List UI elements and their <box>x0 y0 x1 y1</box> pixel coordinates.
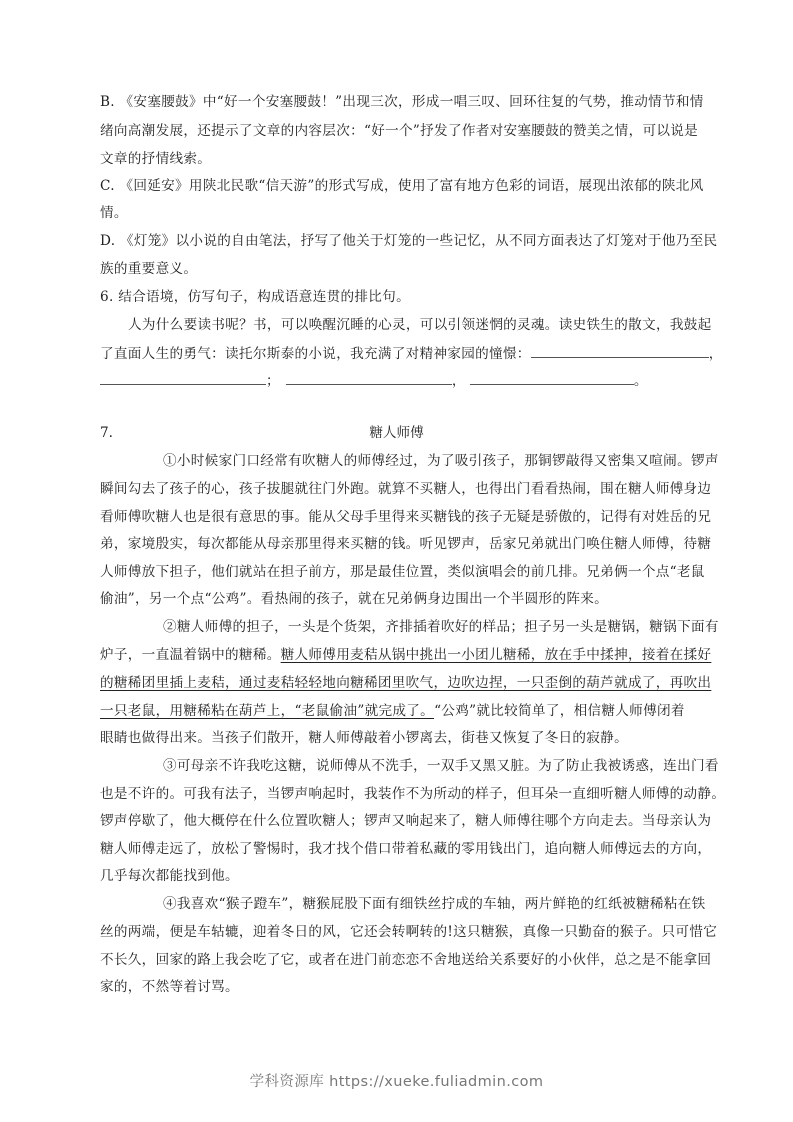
paragraph-2-plain-text: “公鸡”就比较简单了，相信糖人师傅闭着 <box>434 703 685 719</box>
paragraph-4-line-3: 不长久，回家的路上我会吃了它，或者在进门前恋恋不舍地送给关系要好的小伙伴，总之是… <box>100 950 704 970</box>
answer-blank-2[interactable] <box>100 370 266 385</box>
document-page: B. 《安塞腰鼓》中“好一个安塞腰鼓！”出现三次，形成一唱三叹、回环往复的气势，… <box>0 0 793 1122</box>
option-b-line-1: B. 《安塞腰鼓》中“好一个安塞腰鼓！”出现三次，形成一唱三叹、回环往复的气势，… <box>100 92 704 112</box>
paragraph-2-line-1: ②糖人师傅的担子，一头是个货架，齐排插着吹好的样品；担子另一头是糖锅，糖锅下面有 <box>163 617 704 637</box>
question-6-passage-line-2: 了直面人生的勇气：读托尔斯泰的小说，我充满了对精神家园的憧憬：， <box>100 343 704 364</box>
paragraph-1-line-3: 看师傅吹糖人也是很有意思的事。能从父母手里得来买糖钱的孩子无疑是骄傲的，记得有对… <box>100 507 704 527</box>
question-6-prompt: 6. 结合语境，仿写句子，构成语意连贯的排比句。 <box>100 287 704 307</box>
paragraph-2-plain-text: 炉子，一直温着锅中的糖稀。 <box>100 647 281 663</box>
period-separator: 。 <box>634 373 648 389</box>
comma-separator: ， <box>452 373 466 389</box>
paragraph-2-line-3: 的糖稀团里插上麦秸，通过麦秸轻轻地向糖稀团里吹气，边吹边捏，一只歪倒的葫芦就成了… <box>100 673 704 693</box>
paragraph-3-line-5: 几乎每次都能找到他。 <box>100 866 704 886</box>
answer-blank-3[interactable] <box>286 370 452 385</box>
paragraph-1-line-2: 瞬间勾去了孩子的心，孩子拔腿就往门外跑。就算不买糖人，也得出门看看热闹，围在糖人… <box>100 479 704 499</box>
paragraph-2-line-5: 眼睛也做得出来。当孩子们散开，糖人师傅敲着小锣离去，街巷又恢复了冬日的寂静。 <box>100 728 704 748</box>
option-d-line-2: 族的重要意义。 <box>100 259 704 279</box>
paragraph-1-line-4: 弟，家境殷实，每次都能从母亲那里得来买糖的钱。听见锣声，岳家兄弟就出门唤住糖人师… <box>100 534 704 554</box>
question-6-passage-text: 了直面人生的勇气：读托尔斯泰的小说，我充满了对精神家园的憧憬： <box>100 346 531 362</box>
paragraph-4-line-4: 家的，不然等着讨骂。 <box>100 977 704 997</box>
option-d-line-1: D. 《灯笼》以小说的自由笔法，抒写了他关于灯笼的一些记忆，从不同方面表达了灯笼… <box>100 231 704 251</box>
paragraph-2-line-4: 一只老鼠，用糖稀粘在葫芦上，“老鼠偷油”就完成了。“公鸡”就比较简单了，相信糖人… <box>100 701 704 721</box>
paragraph-4-line-1: ④我喜欢“猴子蹬车”，糖猴屁股下面有细铁丝拧成的车轴，两片鲜艳的红纸被糖稀粘在铁 <box>163 894 704 914</box>
paragraph-1-line-1: ①小时候家门口经常有吹糖人的师傅经过，为了吸引孩子，那铜锣敲得又密集又喧闹。锣声 <box>163 451 704 471</box>
underlined-sentence: 的糖稀团里插上麦秸，通过麦秸轻轻地向糖稀团里吹气，边吹边捏，一只歪倒的葫芦就成了… <box>100 675 711 691</box>
footer-watermark: 学科资源库 https://xueke.fuliadmin.com <box>0 1070 793 1091</box>
paragraph-1-line-5: 人师傅放下担子，他们就站在担子前方，那是最佳位置，类似演唱会的前几排。兄弟俩一个… <box>100 562 704 582</box>
answer-blank-4[interactable] <box>470 370 634 385</box>
paragraph-2-line-2: 炉子，一直温着锅中的糖稀。糖人师傅用麦秸从锅中挑出一小团儿糖稀，放在手中揉抻，接… <box>100 645 704 665</box>
paragraph-3-line-2: 也是不许的。可我有法子，当锣声响起时，我装作不为所动的样子，但耳朵一直细听糖人师… <box>100 784 704 804</box>
paragraph-4-line-2: 丝的两端，便是车轱辘，迎着冬日的风，它还会转啊转的!这只糖猴，真像一只勤奋的猴子… <box>100 922 704 942</box>
option-c-line-2: 情。 <box>100 203 704 223</box>
option-c-line-1: C. 《回延安》用陕北民歌“信天游”的形式写成，使用了富有地方色彩的词语，展现出… <box>100 176 704 196</box>
question-6-blanks-line: ；，。 <box>100 370 704 391</box>
paragraph-3-line-4: 糖人师傅走远了，放松了警惕时，我才找个借口带着私藏的零用钱出门，追向糖人师傅远去… <box>100 839 704 859</box>
option-b-line-3: 文章的抒情线索。 <box>100 149 704 169</box>
question-6-passage-line-1: 人为什么要读书呢？书，可以唤醒沉睡的心灵，可以引领迷惘的灵魂。读史铁生的散文，我… <box>128 315 704 335</box>
underlined-sentence: 一只老鼠，用糖稀粘在葫芦上，“老鼠偷油”就完成了。 <box>100 703 434 719</box>
paragraph-1-line-6: 偷油”，另一个点“公鸡”。看热闹的孩子，就在兄弟俩身边围出一个半圆形的阵来。 <box>100 589 704 609</box>
passage-title: 糖人师傅 <box>0 423 793 443</box>
option-b-line-2: 绪向高潮发展，还提示了文章的内容层次：“好一个”抒发了作者对安塞腰鼓的赞美之情，… <box>100 121 704 141</box>
underlined-sentence: 糖人师傅用麦秸从锅中挑出一小团儿糖稀，放在手中揉抻，接着在揉好 <box>281 647 712 663</box>
comma-separator: ， <box>709 346 723 362</box>
paragraph-3-line-1: ③可母亲不许我吃这糖，说师傅从不洗手，一双手又黑又脏。为了防止我被诱惑，连出门看 <box>163 756 704 776</box>
answer-blank-1[interactable] <box>531 343 709 358</box>
semicolon-separator: ； <box>266 373 280 389</box>
paragraph-3-line-3: 锣声停歇了，他大概停在什么位置吹糖人；锣声又响起来了，糖人师傅往哪个方向走去。当… <box>100 811 704 831</box>
